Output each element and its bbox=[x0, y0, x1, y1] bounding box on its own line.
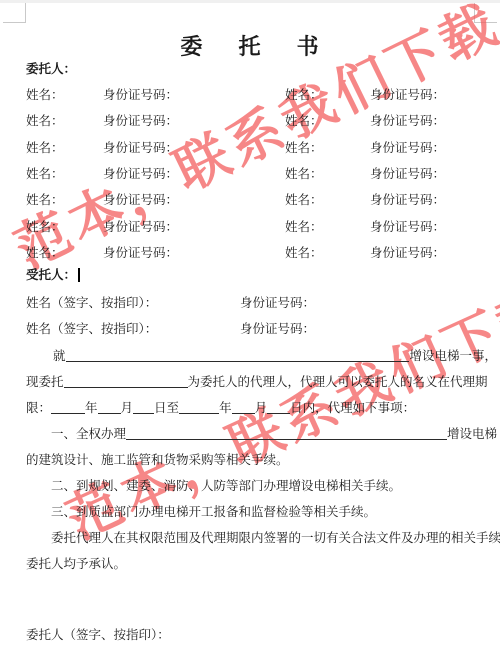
id-number-label[interactable]: 身份证号码： bbox=[240, 296, 315, 310]
id-number-label[interactable]: 身份证号码： bbox=[240, 322, 315, 336]
id-number-label[interactable]: 身份证号码： bbox=[370, 246, 445, 260]
matter-line[interactable]: 就 增设电梯一事， bbox=[53, 349, 497, 363]
name-label[interactable]: 姓名： bbox=[26, 88, 64, 102]
entrust-blank[interactable] bbox=[64, 375, 188, 388]
item3-line[interactable]: 三、到质监部门办理电梯开工报备和监督检验等相关手续。 bbox=[51, 505, 376, 519]
id-number-label[interactable]: 身份证号码： bbox=[103, 141, 178, 155]
crop-mark-top-left-vertical bbox=[25, 3, 26, 23]
entrust-suffix[interactable]: 为委托人的代理人，代理人可以委托人的名义在代理期 bbox=[188, 375, 488, 389]
id-number-label[interactable]: 身份证号码： bbox=[103, 88, 178, 102]
id-number-label[interactable]: 身份证号码： bbox=[103, 114, 178, 128]
date-suffix[interactable]: 日内，代理如下事项： bbox=[290, 401, 415, 415]
name-label[interactable]: 姓名： bbox=[26, 246, 64, 260]
entrust-line[interactable]: 现委托 为委托人的代理人，代理人可以委托人的名义在代理期 bbox=[26, 375, 497, 389]
month2-blank[interactable] bbox=[232, 401, 255, 414]
sign-name-label[interactable]: 姓名（签字、按指印）： bbox=[26, 322, 157, 336]
name-label[interactable]: 姓名： bbox=[285, 246, 323, 260]
id-number-label[interactable]: 身份证号码： bbox=[103, 220, 178, 234]
name-label[interactable]: 姓名： bbox=[26, 141, 64, 155]
closing-line-2[interactable]: 委托人均予承认。 bbox=[26, 557, 126, 571]
trustee-heading[interactable]: 受托人： bbox=[26, 268, 76, 282]
id-number-label[interactable]: 身份证号码： bbox=[370, 114, 445, 128]
crop-mark-top-left-horizontal bbox=[3, 22, 25, 23]
year1-label[interactable]: 年 bbox=[85, 401, 98, 415]
closing-line-1[interactable]: 委托代理人在其权限范围及代理期限内签署的一切有关合法文件及办理的相关手续， bbox=[51, 531, 500, 545]
sign-name-label[interactable]: 姓名（签字、按指印）： bbox=[26, 296, 157, 310]
year2-label[interactable]: 年 bbox=[219, 401, 232, 415]
id-number-label[interactable]: 身份证号码： bbox=[370, 167, 445, 181]
name-label[interactable]: 姓名： bbox=[26, 167, 64, 181]
id-number-label[interactable]: 身份证号码： bbox=[103, 193, 178, 207]
principal-heading[interactable]: 委托人： bbox=[26, 62, 76, 76]
name-label[interactable]: 姓名： bbox=[285, 167, 323, 181]
name-label[interactable]: 姓名： bbox=[26, 220, 64, 234]
year1-blank[interactable] bbox=[51, 401, 85, 414]
matter-suffix[interactable]: 增设电梯一事， bbox=[409, 349, 497, 363]
day1-blank[interactable] bbox=[133, 401, 154, 414]
name-label[interactable]: 姓名： bbox=[285, 88, 323, 102]
id-number-label[interactable]: 身份证号码： bbox=[370, 193, 445, 207]
item1-prefix[interactable]: 一、全权办理 bbox=[51, 427, 126, 441]
id-number-label[interactable]: 身份证号码： bbox=[103, 167, 178, 181]
date-prefix[interactable]: 限： bbox=[26, 401, 51, 415]
name-label[interactable]: 姓名： bbox=[26, 114, 64, 128]
name-label[interactable]: 姓名： bbox=[285, 141, 323, 155]
id-number-label[interactable]: 身份证号码： bbox=[370, 220, 445, 234]
document-title[interactable]: 委 托 书 bbox=[0, 30, 500, 61]
principal-signature-label[interactable]: 委托人（签字、按指印）： bbox=[26, 628, 170, 642]
name-label[interactable]: 姓名： bbox=[285, 114, 323, 128]
item1-suffix[interactable]: 增设电梯 bbox=[447, 427, 497, 441]
matter-prefix[interactable]: 就 bbox=[53, 349, 66, 363]
month1-label[interactable]: 月 bbox=[121, 401, 134, 415]
year2-blank[interactable] bbox=[179, 401, 219, 414]
text-cursor bbox=[78, 268, 80, 282]
month1-blank[interactable] bbox=[98, 401, 121, 414]
item1-continuation[interactable]: 的建筑设计、施工监管和货物采购等相关手续。 bbox=[26, 453, 289, 467]
item2-line[interactable]: 二、到规划、建委、消防、人防等部门办理增设电梯相关手续。 bbox=[51, 479, 401, 493]
name-label[interactable]: 姓名： bbox=[26, 193, 64, 207]
page-top-edge bbox=[0, 0, 500, 3]
matter-blank[interactable] bbox=[66, 349, 410, 362]
month2-label[interactable]: 月 bbox=[255, 401, 268, 415]
date-line[interactable]: 限：年月日至年月日内，代理如下事项： bbox=[26, 401, 415, 415]
name-label[interactable]: 姓名： bbox=[285, 193, 323, 207]
id-number-label[interactable]: 身份证号码： bbox=[370, 141, 445, 155]
id-number-label[interactable]: 身份证号码： bbox=[370, 88, 445, 102]
item1-line[interactable]: 一、全权办理 增设电梯 bbox=[51, 427, 497, 441]
id-number-label[interactable]: 身份证号码： bbox=[103, 246, 178, 260]
day2-blank[interactable] bbox=[267, 401, 290, 414]
day-to-label[interactable]: 日至 bbox=[154, 401, 179, 415]
document-page[interactable]: 范本，联系我们下载 范本，联系我们下载 委 托 书 委托人： 姓名：身份证号码：… bbox=[0, 0, 500, 661]
item1-blank[interactable] bbox=[126, 427, 447, 440]
name-label[interactable]: 姓名： bbox=[285, 220, 323, 234]
entrust-prefix[interactable]: 现委托 bbox=[26, 375, 64, 389]
